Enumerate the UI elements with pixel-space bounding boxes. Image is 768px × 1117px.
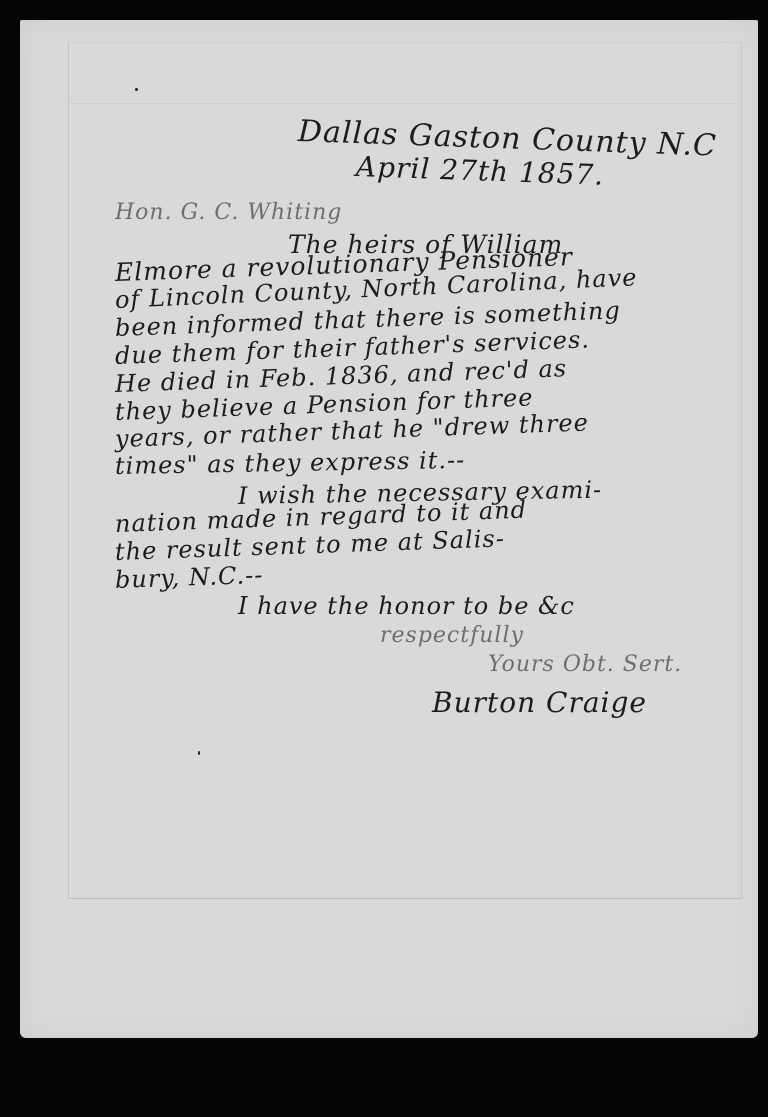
ink-speck	[135, 88, 138, 91]
closing-line: respectfully	[380, 623, 524, 648]
letter-addressee: Hon. G. C. Whiting	[115, 200, 342, 225]
letter-page: Dallas Gaston County N.C April 27th 1857…	[20, 20, 758, 1038]
closing-line: I have the honor to be &c	[238, 592, 575, 620]
signature: Burton Craige	[432, 686, 647, 719]
ruled-line	[70, 103, 738, 104]
ink-speck	[198, 751, 200, 755]
closing-line: Yours Obt. Sert.	[488, 652, 682, 677]
body-line: bury, N.C.--	[115, 561, 264, 594]
